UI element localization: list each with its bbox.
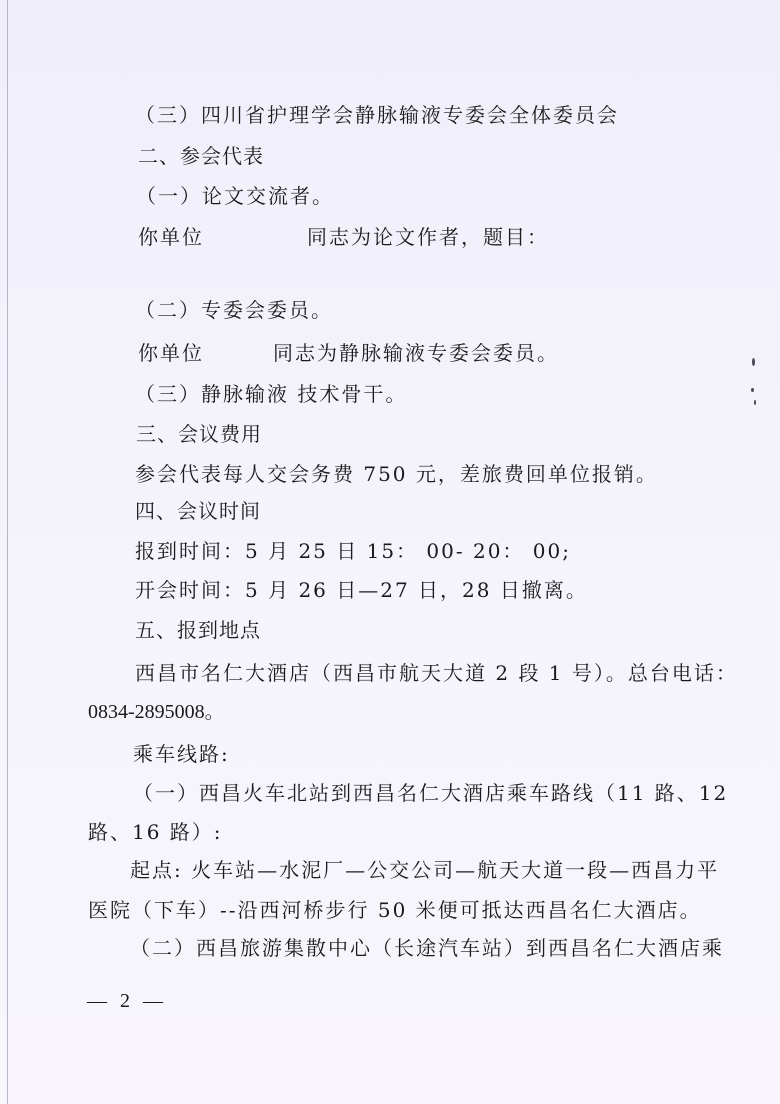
heading-meeting-time: 四、会议时间 [135, 498, 261, 524]
scan-speck [752, 358, 755, 366]
text-paper-author: 同志为论文作者，题目： [307, 224, 549, 250]
item-committee-members: （二）专委会委员。 [135, 297, 333, 323]
route-1-stops: 起点: 火车站—水泥厂—公交公司—航天大道一段—西昌力平 [130, 857, 719, 883]
route-1-title-cont: 路、16 路）: [88, 819, 223, 845]
text-fee-details: 参会代表每人交会务费 750 元，差旅费回单位报销。 [135, 461, 658, 487]
label-your-unit-2: 你单位 [138, 340, 204, 366]
scan-speck [751, 388, 754, 392]
heading-meeting-fee: 三、会议费用 [136, 421, 262, 447]
page-number: — 2 — [87, 988, 167, 1014]
route-2-title: （二）西昌旅游集散中心（长途汽车站）到西昌名仁大酒店乘 [130, 935, 724, 961]
text-meeting-dates: 开会时间：5 月 26 日—27 日，28 日撤离。 [135, 577, 588, 603]
heading-participants: 二、参会代表 [138, 143, 264, 169]
text-hotel-phone: 0834-2895008。 [88, 699, 225, 725]
scan-edge-line [7, 0, 8, 1104]
heading-registration-location: 五、报到地点 [135, 617, 261, 643]
item-paper-presenters: （一）论文交流者。 [136, 183, 334, 209]
text-hotel-address: 西昌市名仁大酒店（西昌市航天大道 2 段 1 号）。总台电话： [135, 660, 738, 686]
text-committee-member: 同志为静脉输液专委会委员。 [273, 340, 559, 366]
scan-speck [754, 400, 756, 405]
route-1-stops-cont: 医院（下车）--沿西河桥步行 50 米便可抵达西昌名仁大酒店。 [88, 897, 702, 923]
route-1-title: （一）西昌火车北站到西昌名仁大酒店乘车路线（11 路、12 [133, 780, 728, 806]
label-your-unit-1: 你单位 [138, 224, 204, 250]
text-registration-time: 报到时间：5 月 25 日 15： 00- 20： 00; [135, 538, 571, 564]
label-bus-routes: 乘车线路: [133, 741, 230, 767]
document-page: （三）四川省护理学会静脉输液专委会全体委员会 二、参会代表 （一）论文交流者。 … [0, 0, 780, 1104]
section-item-committee: （三）四川省护理学会静脉输液专委会全体委员会 [135, 102, 619, 128]
item-technical-backbone: （三）静脉输液 技术骨干。 [135, 381, 407, 407]
